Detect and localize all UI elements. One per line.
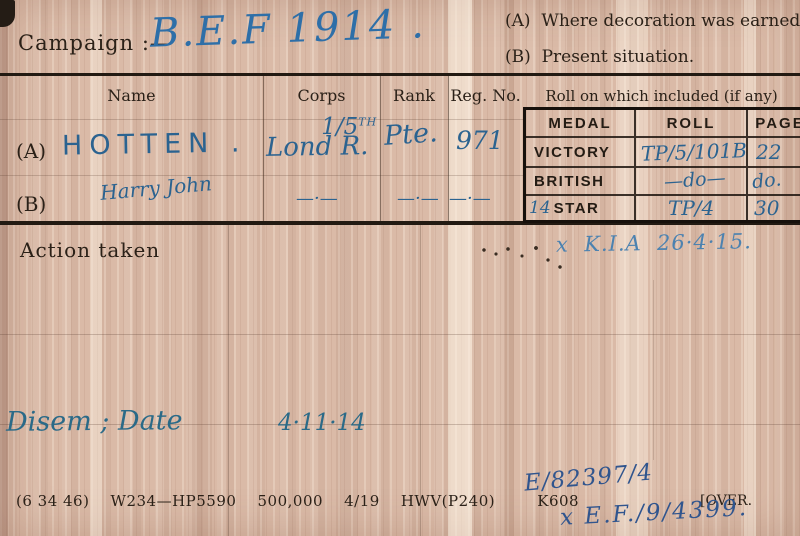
star-prefix-handwritten: 14 — [526, 198, 551, 218]
note-b-present-situation: (B) Present situation. — [505, 47, 694, 67]
rule-row-divider — [0, 175, 523, 176]
page-british-value: do. — [747, 168, 782, 193]
fold-line-left — [228, 225, 229, 536]
page-star-value: 30 — [748, 196, 779, 220]
paper-streak — [616, 0, 648, 536]
medal-row-victory: VICTORY — [526, 138, 636, 168]
page-star-handwritten: 30 — [748, 196, 800, 220]
paper-streak — [192, 0, 212, 536]
rule-header-underline — [0, 119, 523, 120]
roll-victory-handwritten: TP/5/101B — [636, 138, 748, 168]
medal-index-card: Campaign :— B.E.F 1914 . (A) Where decor… — [0, 0, 800, 536]
roll-british-handwritten: —do— — [636, 168, 748, 196]
row-a-label: (A) — [16, 139, 46, 163]
disembarkation-date-handwritten: 4·11·14 — [278, 410, 366, 436]
paper-streak — [744, 0, 756, 536]
roll-star-handwritten: TP/4 — [636, 196, 748, 220]
guide-line-mid — [0, 334, 800, 335]
reference-number-top-handwritten: E/82397/4 — [523, 459, 654, 496]
reference-number-bottom-handwritten: x E.F./9/4399. — [559, 495, 748, 531]
medal-row-star: 14 STAR — [526, 196, 636, 220]
medal-column-header: MEDAL — [526, 110, 636, 138]
campaign-handwritten-value: B.E.F 1914 . — [149, 1, 426, 57]
column-header-name: Name — [0, 86, 263, 105]
roll-british-value: —do— — [635, 167, 726, 195]
corps-fraction-ordinal: TH — [358, 115, 377, 128]
paper-streak — [0, 0, 8, 536]
medal-roll-table: MEDAL ROLL PAGE VICTORY TP/5/101B 22 BRI… — [523, 107, 800, 223]
column-header-regno: Reg. No. — [448, 86, 523, 105]
disembarkation-handwritten: Disem ; Date — [6, 405, 183, 438]
scan-artifact-blob — [0, 0, 15, 27]
surname-handwritten: HOTTEN . — [62, 127, 247, 161]
paper-streak — [448, 0, 472, 536]
medal-row-british: BRITISH — [526, 168, 636, 196]
kia-annotation-handwritten: x K.I.A 26·4·15. — [556, 229, 752, 256]
corps-ditto-dashes: —·— — [296, 188, 338, 209]
paper-streak — [336, 0, 350, 536]
page-victory-value: 22 — [748, 140, 781, 164]
fold-line-right — [653, 280, 654, 460]
action-taken-label: Action taken — [20, 238, 160, 262]
rank-handwritten: Pte. — [383, 117, 439, 152]
roll-star-value: TP/4 — [636, 196, 714, 220]
fold-line-mid — [420, 225, 421, 536]
roll-column-header: ROLL — [636, 110, 748, 138]
rule-top — [0, 73, 800, 76]
form-print-code: (6 34 46) W234—HP5590 500,000 4/19 HWV(P… — [16, 492, 579, 510]
note-a-where-decoration-earned: (A) Where decoration was earned. — [505, 11, 800, 31]
regno-handwritten: 971 — [456, 126, 504, 155]
campaign-label: Campaign :— — [18, 31, 172, 55]
page-victory-handwritten: 22 — [748, 138, 800, 168]
ink-speckles — [478, 240, 568, 274]
paper-streak — [90, 0, 102, 536]
page-column-header: PAGE — [748, 110, 800, 138]
rank-ditto-dashes: —·— — [397, 188, 439, 209]
column-header-roll: Roll on which included (if any) — [523, 87, 800, 105]
regno-ditto-dashes: —·— — [449, 188, 491, 209]
forenames-handwritten: Harry John — [99, 171, 213, 205]
row-b-label: (B) — [16, 192, 46, 216]
page-british-handwritten: do. — [748, 168, 800, 196]
corps-handwritten: Lond R. — [266, 131, 369, 163]
star-label: STAR — [551, 200, 600, 217]
roll-victory-value: TP/5/101B — [636, 138, 748, 166]
column-header-rank: Rank — [380, 86, 448, 105]
